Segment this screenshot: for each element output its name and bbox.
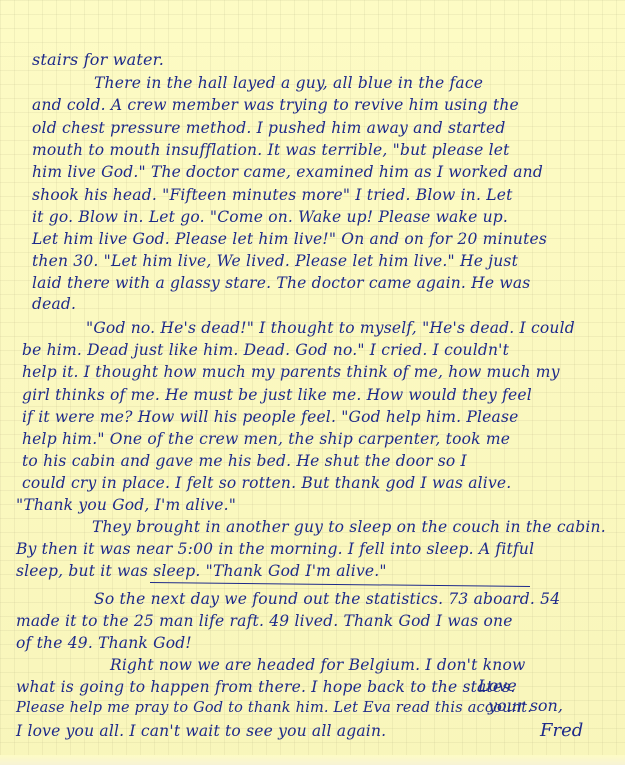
- letter-line: old chest pressure method. I pushed him …: [32, 119, 506, 137]
- letter-line: help him." One of the crew men, the ship…: [22, 430, 510, 448]
- letter-line: shook his head. "Fifteen minutes more" I…: [32, 186, 513, 204]
- letter-line: if it were me? How will his people feel.…: [22, 408, 519, 426]
- letter-line: "Thank you God, I'm alive.": [16, 496, 236, 514]
- ink-underline: [150, 582, 530, 587]
- letter-line: dead.: [32, 295, 76, 313]
- letter-line: could cry in place. I felt so rotten. Bu…: [22, 474, 511, 492]
- letter-line: stairs for water.: [32, 50, 164, 69]
- letter-line: him live God." The doctor came, examined…: [32, 163, 543, 181]
- letter-line: mouth to mouth insufflation. It was terr…: [32, 141, 510, 159]
- letter-line: There in the hall layed a guy, all blue …: [94, 74, 483, 92]
- closing-salutation: Love: [478, 676, 517, 695]
- letter-line: what is going to happen from there. I ho…: [16, 678, 516, 696]
- letter-line: help it. I thought how much my parents t…: [22, 363, 560, 381]
- letter-line: be him. Dead just like him. Dead. God no…: [22, 341, 509, 359]
- letter-line: it go. Blow in. Let go. "Come on. Wake u…: [32, 208, 508, 226]
- letter-line: to his cabin and gave me his bed. He shu…: [22, 452, 467, 470]
- letter-line: So the next day we found out the statist…: [94, 590, 560, 608]
- letter-line: sleep, but it was sleep. "Thank God I'm …: [16, 562, 387, 580]
- letter-line: I love you all. I can't wait to see you …: [16, 722, 386, 740]
- letter-line: then 30. "Let him live, We lived. Please…: [32, 252, 518, 270]
- letter-line: They brought in another guy to sleep on …: [92, 518, 606, 536]
- letter-line: Let him live God. Please let him live!" …: [32, 230, 547, 248]
- letter-line: By then it was near 5:00 in the morning.…: [16, 540, 534, 558]
- closing-relation: your son,: [488, 696, 563, 715]
- letter-line: made it to the 25 man life raft. 49 live…: [16, 612, 513, 630]
- letter-line: Please help me pray to God to thank him.…: [16, 700, 532, 716]
- letter-line: girl thinks of me. He must be just like …: [22, 386, 532, 404]
- letter-line: Right now we are headed for Belgium. I d…: [110, 656, 525, 674]
- letter-line: of the 49. Thank God!: [16, 634, 192, 652]
- letter-line: laid there with a glassy stare. The doct…: [32, 274, 530, 292]
- letter-line: and cold. A crew member was trying to re…: [32, 96, 519, 114]
- signature: Fred: [540, 720, 583, 741]
- letter-page: stairs for water. There in the hall laye…: [0, 0, 625, 765]
- letter-line: "God no. He's dead!" I thought to myself…: [86, 319, 575, 337]
